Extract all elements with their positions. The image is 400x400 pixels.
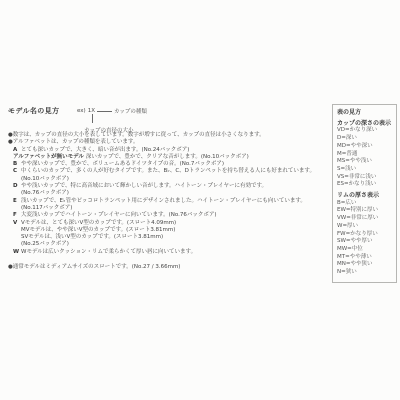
model-letter: A: [13, 147, 21, 154]
legend-panel: 表の見方 カップの深さの表示 VD=かなり深い D=深い MD=やや深い M=普…: [332, 104, 397, 283]
legend-item: VW=非常に厚い: [337, 215, 394, 223]
model-letter: E: [13, 198, 21, 205]
legend-item: VD=かなり深い: [337, 127, 394, 135]
guide-row: VVモデルは、とても深いV型のカップです。(スロート4.09mm): [8, 220, 332, 227]
guide-row: WWモデルは広いクッション・リムで柔らかくて厚い唇に向いています。: [8, 249, 332, 256]
legend-item: MD=やや深い: [337, 143, 394, 151]
model-letter: V: [13, 220, 21, 227]
legend-item: D=深い: [337, 135, 394, 143]
connector-line-horizontal: [97, 111, 112, 112]
guide-row-continuation: (No.25バックボア): [8, 241, 332, 248]
guide-row: Aとても深いカップで、大きく、暗い音が出ます。(No.24バックボア): [8, 147, 332, 154]
legend-item: W=厚い: [337, 223, 394, 231]
example-prefix: ex): [77, 108, 86, 114]
guide-row-continuation: (No.10バックボア): [8, 176, 332, 183]
guide-row: ●通常モデルはミディアムサイズのスロートです。(No.27 / 3.66mm): [8, 264, 332, 271]
rim-thickness-section: リムの厚さ表示 B=広い EW=特別に厚い VW=非常に厚い W=厚い FW=か…: [337, 192, 394, 277]
legend-item: MS=やや浅い: [337, 158, 394, 166]
guide-row: ●アルファベットは、カップの種類を表しています。: [8, 139, 332, 146]
model-guide-text: ●数字は、カップの直径の大小を表しています。数字が増すに従って、カップの直径は小…: [8, 132, 332, 271]
cup-type-label: カップの種類: [114, 107, 147, 115]
model-letter: W: [13, 249, 21, 256]
legend-item: S=浅い: [337, 166, 394, 174]
model-letter: D: [13, 183, 21, 190]
model-letter: B: [13, 161, 21, 168]
legend-panel-title: 表の見方: [337, 109, 394, 117]
legend-item: ES=かなり浅い: [337, 181, 394, 189]
legend-item: EW=特別に厚い: [337, 207, 394, 215]
legend-item: MN=やや狭い: [337, 261, 394, 269]
document-page: モデル名の見方 ex) 1X カップの種類 カップの直径の大小 ●数字は、カップ…: [0, 0, 400, 400]
model-name-example-diagram: ex) 1X カップの種類 カップの直径の大小: [77, 107, 147, 115]
model-letter: F: [13, 212, 21, 219]
guide-row: F大変浅いカップでハイトーン・プレイヤーに向いています。(No.76バックボア): [8, 212, 332, 219]
legend-item: N=狭い: [337, 269, 394, 277]
rim-thickness-heading: リムの厚さ表示: [337, 192, 394, 200]
page-title: モデル名の見方: [8, 106, 59, 116]
model-letter: C: [13, 168, 21, 175]
legend-item: MW=中位: [337, 246, 394, 254]
cup-depth-section: カップの深さの表示 VD=かなり深い D=深い MD=やや深い M=普通 MS=…: [337, 120, 394, 189]
guide-row: C中くらいのカップで、多くの人が好むタイプです。また、B♭、C、Dトランペットを…: [8, 168, 332, 175]
connector-line-vertical: [92, 114, 93, 123]
legend-item: SW=やや厚い: [337, 238, 394, 246]
guide-row: E浅いカップで、E♭管やピッコロトランペット用にデザインされました。ハイトーン・…: [8, 198, 332, 205]
guide-row-continuation: (No.76バックボア): [8, 190, 332, 197]
